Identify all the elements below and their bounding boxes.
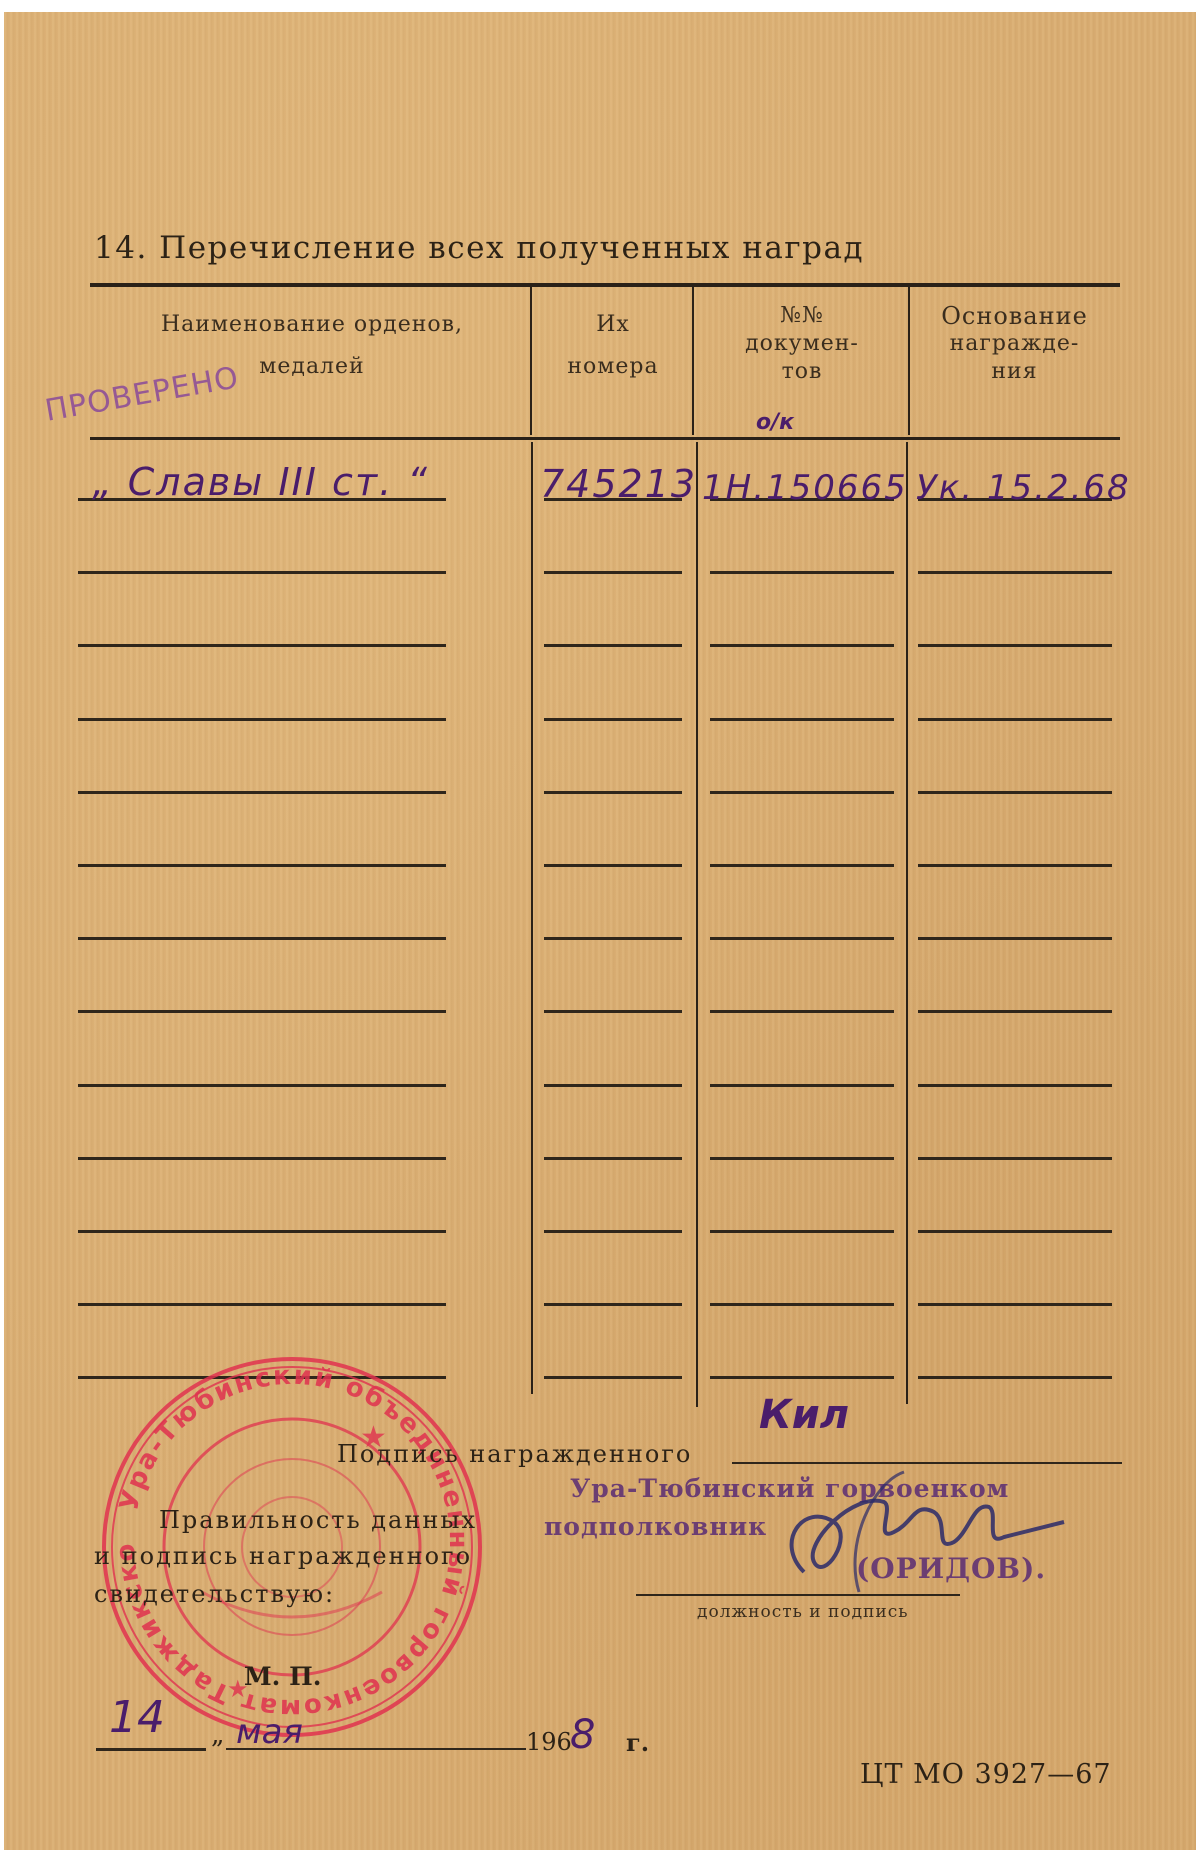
table-row-line (918, 1084, 1112, 1087)
table-row-line (918, 937, 1112, 940)
table-row-line (710, 718, 894, 721)
table-row-line (710, 1157, 894, 1160)
officer-signature-icon (764, 1462, 1084, 1602)
table-row-line (918, 644, 1112, 647)
table-top-rule (90, 283, 1120, 287)
column-header-basis: Основание награжде- ния (912, 302, 1117, 386)
header-line: докумен- (696, 330, 908, 358)
table-row-line (710, 1010, 894, 1013)
column-divider (531, 442, 533, 1394)
section-title: 14. Перечисление всех полученных наград (94, 230, 864, 266)
date-day-line (96, 1748, 206, 1751)
table-row-line (78, 1084, 446, 1087)
table-row-line (78, 571, 446, 574)
date-open-quote: „ (211, 1720, 224, 1750)
table-row-line (710, 1230, 894, 1233)
header-line: тов (696, 358, 908, 386)
header-line: Их (534, 312, 692, 338)
table-row-line (710, 1376, 894, 1379)
certify-line-1: Правильность данных (159, 1506, 477, 1534)
table-header-bottom-rule (90, 437, 1120, 440)
table-row-line (78, 864, 446, 867)
header-annotation: о/к (756, 410, 794, 435)
table-row-line (710, 1084, 894, 1087)
table-row-line (78, 1010, 446, 1013)
certify-line-2: и подпись награжденного (94, 1542, 472, 1570)
column-header-documents: №№ докумен- тов (696, 302, 908, 386)
column-header-numbers: Их номера (534, 312, 692, 380)
column-divider (908, 287, 910, 435)
table-row-line (544, 1084, 682, 1087)
column-divider (530, 287, 532, 435)
header-line: награжде- (912, 330, 1117, 358)
table-row-line (544, 1157, 682, 1160)
recipient-signature-label: Подпись награжденного (337, 1440, 692, 1468)
date-day: 14 (109, 1692, 165, 1743)
table-row-line (544, 1376, 682, 1379)
date-month: мая (236, 1712, 303, 1752)
column-divider (906, 442, 908, 1404)
table-row-line (544, 571, 682, 574)
document-page: 14. Перечисление всех полученных наград … (4, 12, 1196, 1850)
table-row-line (918, 791, 1112, 794)
table-row-line (544, 791, 682, 794)
date-month-line (226, 1748, 526, 1750)
column-divider (696, 442, 698, 1407)
table-row-line (710, 1303, 894, 1306)
table-row-line (710, 644, 894, 647)
commissariat-stamp-line-2: подполковник (544, 1512, 767, 1541)
form-code: ЦТ МО 3927—67 (860, 1759, 1112, 1790)
header-line: Наименование орденов, (94, 312, 530, 338)
table-row-line (78, 937, 446, 940)
column-divider (692, 287, 694, 435)
date-year-unit: г. (626, 1728, 649, 1757)
table-row-line (918, 864, 1112, 867)
position-signature-line (636, 1594, 960, 1596)
table-row-basis: Ук. 15.2.68 (916, 468, 1131, 508)
table-row-line (544, 1230, 682, 1233)
table-row-line (918, 571, 1112, 574)
table-row-award: „ Славы III ст. “ (92, 460, 532, 504)
table-row-line (918, 1157, 1112, 1160)
date-year-suffix: 8 (570, 1712, 595, 1758)
header-line: Основание (912, 302, 1117, 330)
table-row-line (78, 644, 446, 647)
recipient-signature: Кил (759, 1392, 849, 1438)
header-line: ния (912, 358, 1117, 386)
table-row-line (710, 864, 894, 867)
seal-place-label: М. П. (244, 1662, 321, 1691)
table-row-line (544, 1303, 682, 1306)
table-row-line (710, 937, 894, 940)
certify-line-3: свидетельствую: (94, 1580, 335, 1608)
table-row-line (78, 1303, 446, 1306)
table-row-number: 745213 (540, 462, 697, 506)
position-caption: должность и подпись (697, 1602, 909, 1622)
table-row-line (78, 1157, 446, 1160)
date-year-prefix: 196 (526, 1728, 572, 1756)
table-row-line (544, 937, 682, 940)
header-line: №№ (696, 302, 908, 330)
table-row-line (544, 718, 682, 721)
table-row-line (78, 791, 446, 794)
table-row-document: 1Н.150665 (702, 468, 908, 508)
table-row-line (918, 1230, 1112, 1233)
table-row-line (918, 1303, 1112, 1306)
table-row-line (918, 1010, 1112, 1013)
table-row-line (710, 791, 894, 794)
column-header-award-name: Наименование орденов, медалей (94, 312, 530, 380)
table-row-line (918, 718, 1112, 721)
table-row-line (78, 1230, 446, 1233)
table-row-line (544, 644, 682, 647)
table-row-line (918, 1376, 1112, 1379)
header-line: номера (534, 354, 692, 380)
table-row-line (544, 864, 682, 867)
table-row-line (78, 718, 446, 721)
table-row-line (710, 571, 894, 574)
table-row-line (544, 1010, 682, 1013)
